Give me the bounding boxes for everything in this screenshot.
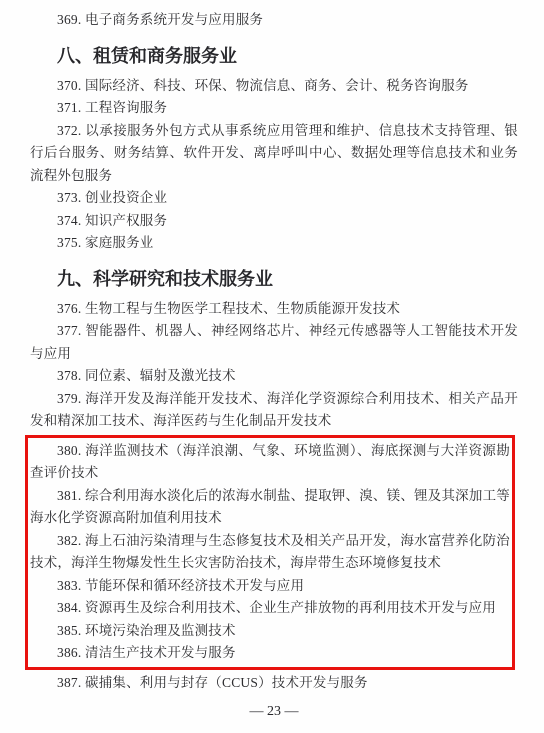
catalog-item-378: 378. 同位素、辐射及激光技术 (30, 365, 518, 388)
catalog-item-386: 386. 清洁生产技术开发与服务 (30, 642, 510, 665)
red-highlight-box: 380. 海洋监测技术（海洋浪潮、气象、环境监测）、海底探测与大洋资源勘查评价技… (25, 435, 515, 670)
catalog-item-374: 374. 知识产权服务 (30, 210, 518, 233)
catalog-item-369: 369. 电子商务系统开发与应用服务 (30, 9, 518, 32)
catalog-item-382: 382. 海上石油污染清理与生态修复技术及相关产品开发，海水富营养化防治技术，海… (30, 530, 510, 575)
catalog-item-376: 376. 生物工程与生物医学工程技术、生物质能源开发技术 (30, 298, 518, 321)
catalog-item-383: 383. 节能环保和循环经济技术开发与应用 (30, 575, 510, 598)
catalog-item-373: 373. 创业投资企业 (30, 187, 518, 210)
catalog-item-387: 387. 碳捕集、利用与封存（CCUS）技术开发与服务 (30, 672, 518, 695)
document-page: 369. 电子商务系统开发与应用服务 八、租赁和商务服务业 370. 国际经济、… (0, 0, 544, 733)
page-number: — 23 — (30, 701, 518, 723)
section-heading-8: 八、租赁和商务服务业 (30, 45, 518, 68)
catalog-item-380: 380. 海洋监测技术（海洋浪潮、气象、环境监测）、海底探测与大洋资源勘查评价技… (30, 440, 510, 485)
catalog-item-379: 379. 海洋开发及海洋能开发技术、海洋化学资源综合利用技术、相关产品开发和精深… (30, 388, 518, 433)
catalog-item-377: 377. 智能器件、机器人、神经网络芯片、神经元传感器等人工智能技术开发与应用 (30, 320, 518, 365)
catalog-item-372: 372. 以承接服务外包方式从事系统应用管理和维护、信息技术支持管理、银行后台服… (30, 120, 518, 188)
catalog-item-384: 384. 资源再生及综合利用技术、企业生产排放物的再利用技术开发与应用 (30, 597, 510, 620)
catalog-item-381: 381. 综合利用海水淡化后的浓海水制盐、提取钾、溴、镁、锂及其深加工等海水化学… (30, 485, 510, 530)
catalog-item-375: 375. 家庭服务业 (30, 232, 518, 255)
section-heading-9: 九、科学研究和技术服务业 (30, 268, 518, 291)
catalog-item-370: 370. 国际经济、科技、环保、物流信息、商务、会计、税务咨询服务 (30, 75, 518, 98)
catalog-item-385: 385. 环境污染治理及监测技术 (30, 620, 510, 643)
catalog-item-371: 371. 工程咨询服务 (30, 97, 518, 120)
